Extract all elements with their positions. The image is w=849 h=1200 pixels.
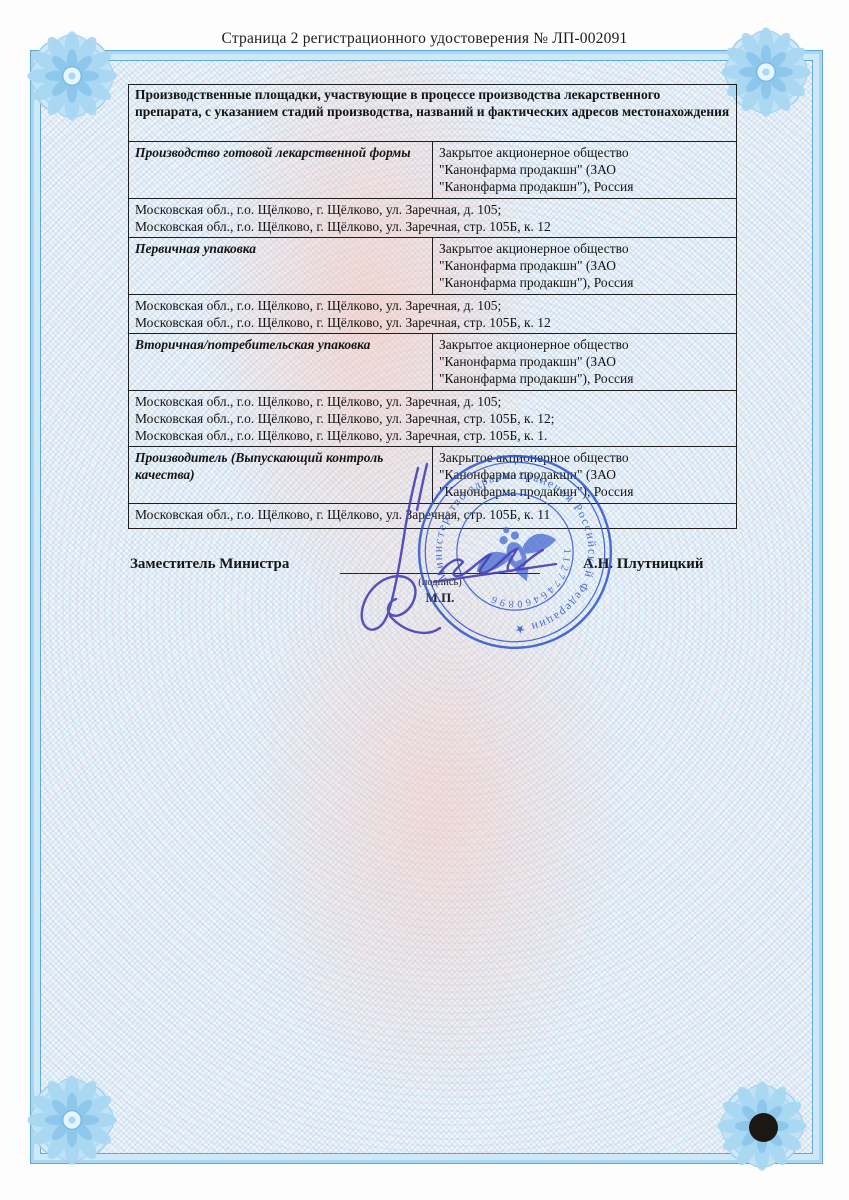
company-line: Закрытое акционерное общество — [439, 144, 730, 161]
company-line: "Канонфарма продакшн"), Россия — [439, 370, 730, 387]
address-line: Московская обл., г.о. Щёлково, г. Щёлков… — [135, 218, 730, 235]
address-line: Московская обл., г.о. Щёлково, г. Щёлков… — [135, 410, 730, 427]
stage-cell: Первичная упаковка — [129, 238, 433, 295]
address-cell: Московская обл., г.о. Щёлково, г. Щёлков… — [129, 199, 737, 238]
handwritten-signature-ink — [344, 458, 614, 663]
company-line: Закрытое акционерное общество — [439, 240, 730, 257]
company-line: "Канонфарма продакшн" (ЗАО — [439, 353, 730, 370]
table-row: Вторичная/потребительская упаковка Закры… — [129, 334, 737, 391]
table-row: Московская обл., г.о. Щёлково, г. Щёлков… — [129, 391, 737, 447]
company-cell: Закрытое акционерное общество "Канонфарм… — [433, 142, 737, 199]
company-line: "Канонфарма продакшн" (ЗАО — [439, 161, 730, 178]
address-line: Московская обл., г.о. Щёлково, г. Щёлков… — [135, 201, 730, 218]
address-line: Московская обл., г.о. Щёлково, г. Щёлков… — [135, 393, 730, 410]
table-row: Первичная упаковка Закрытое акционерное … — [129, 238, 737, 295]
address-cell: Московская обл., г.о. Щёлково, г. Щёлков… — [129, 295, 737, 334]
company-cell: Закрытое акционерное общество "Канонфарм… — [433, 238, 737, 295]
table-row: Производство готовой лекарственной формы… — [129, 142, 737, 199]
table-title-row: Производственные площадки, участвующие в… — [129, 85, 737, 142]
company-cell: Закрытое акционерное общество "Канонфарм… — [433, 334, 737, 391]
corner-rosette-bottom-left — [20, 1068, 124, 1172]
company-line: "Канонфарма продакшн"), Россия — [439, 178, 730, 195]
page-header: Страница 2 регистрационного удостоверени… — [0, 30, 849, 48]
signer-title: Заместитель Министра — [130, 556, 289, 573]
address-line: Московская обл., г.о. Щёлково, г. Щёлков… — [135, 297, 730, 314]
address-line: Московская обл., г.о. Щёлково, г. Щёлков… — [135, 427, 730, 444]
company-line: "Канонфарма продакшн" (ЗАО — [439, 257, 730, 274]
table-row: Московская обл., г.о. Щёлково, г. Щёлков… — [129, 295, 737, 334]
stage-cell: Производство готовой лекарственной формы — [129, 142, 433, 199]
table-row: Московская обл., г.о. Щёлково, г. Щёлков… — [129, 199, 737, 238]
punch-hole-dot — [749, 1113, 778, 1142]
company-line: Закрытое акционерное общество — [439, 336, 730, 353]
stage-cell: Вторичная/потребительская упаковка — [129, 334, 433, 391]
address-cell: Московская обл., г.о. Щёлково, г. Щёлков… — [129, 391, 737, 447]
certificate-page: Страница 2 регистрационного удостоверени… — [0, 0, 849, 1200]
address-line: Московская обл., г.о. Щёлково, г. Щёлков… — [135, 314, 730, 331]
company-line: "Канонфарма продакшн"), Россия — [439, 274, 730, 291]
table-title: Производственные площадки, участвующие в… — [129, 85, 737, 142]
